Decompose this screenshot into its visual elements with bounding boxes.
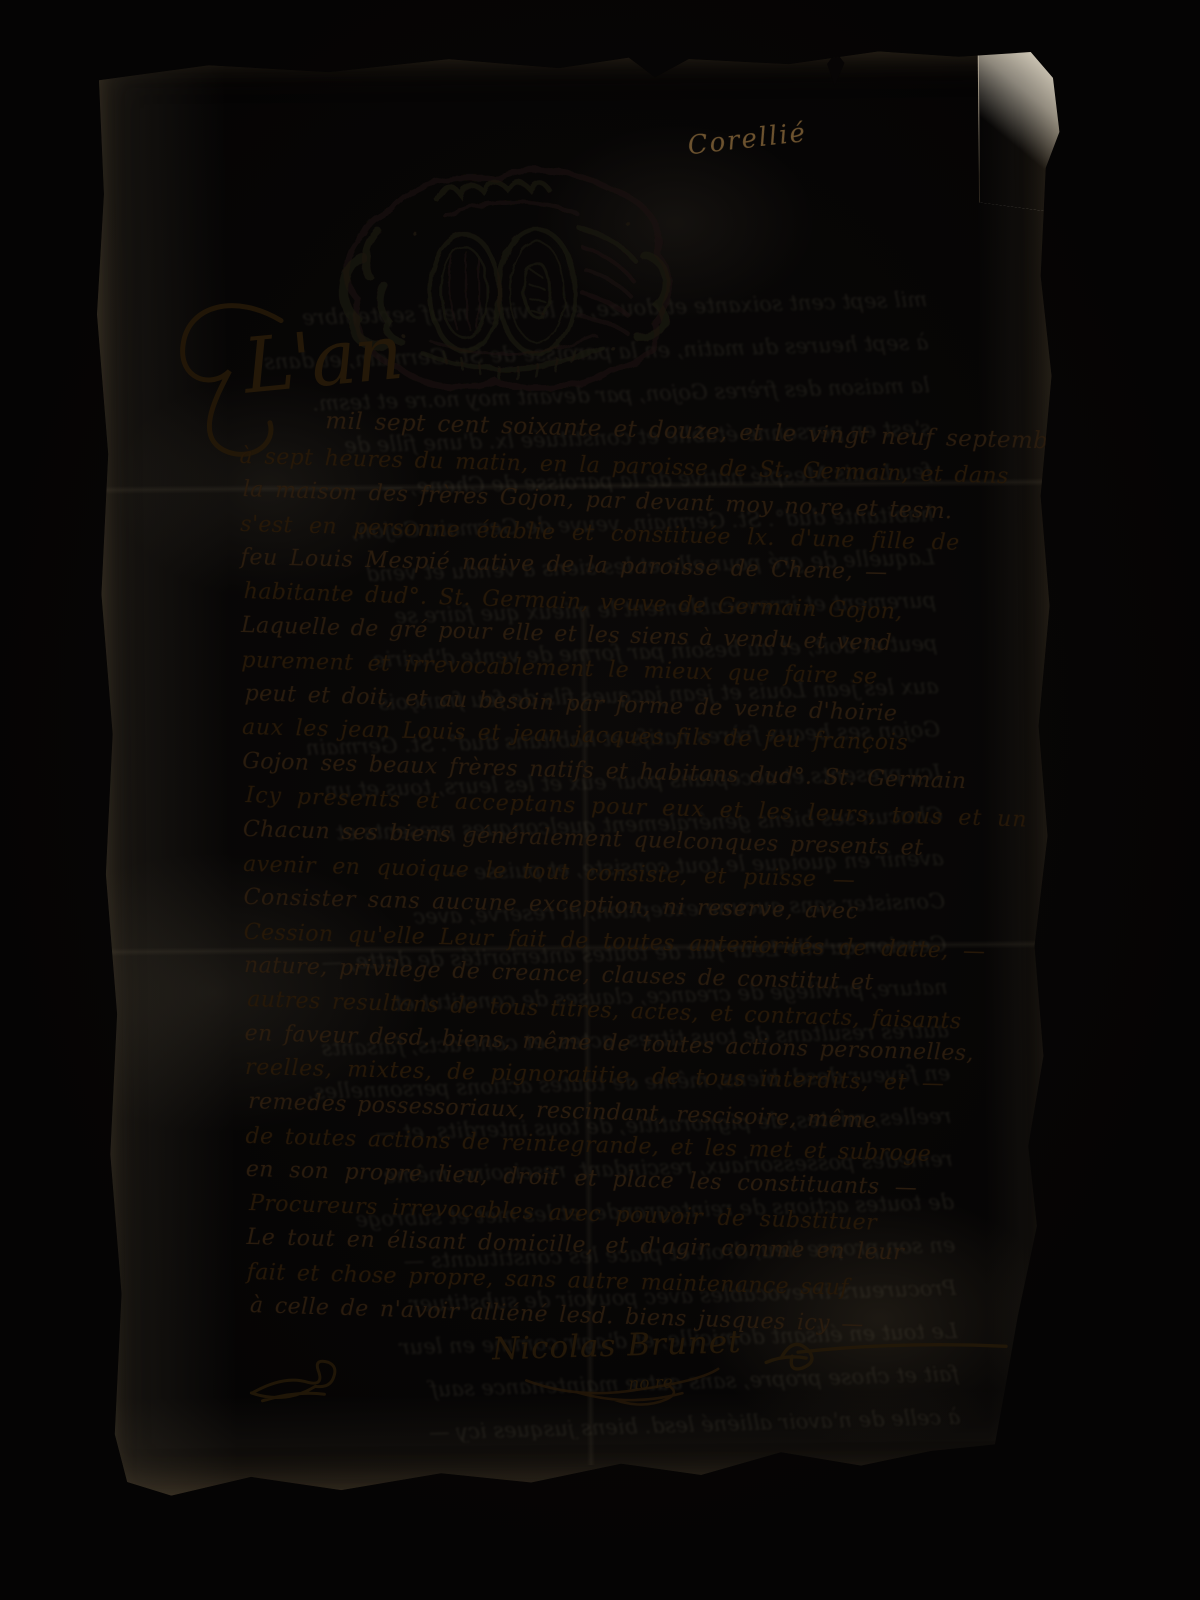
corner-annotation: Corellié	[686, 118, 808, 161]
corner-fold	[978, 34, 1066, 213]
paraph-icon	[248, 1352, 352, 1405]
photo-background: mil sept cent soixante et douze, et le v…	[0, 0, 1200, 1600]
opening-initial-text: L'an	[239, 307, 404, 411]
manuscript-text: mil sept cent soixante et douze, et le v…	[240, 398, 1059, 1323]
manuscript-page: mil sept cent soixante et douze, et le v…	[89, 46, 1077, 1499]
signature-flourish-icon	[518, 1361, 728, 1409]
signature-row: Nicolas Brunet no.re	[100, 1318, 1076, 1447]
notary-abbreviation: no.re	[628, 1372, 673, 1394]
edge-notch	[822, 51, 845, 87]
paraph-icon	[760, 1330, 1016, 1378]
